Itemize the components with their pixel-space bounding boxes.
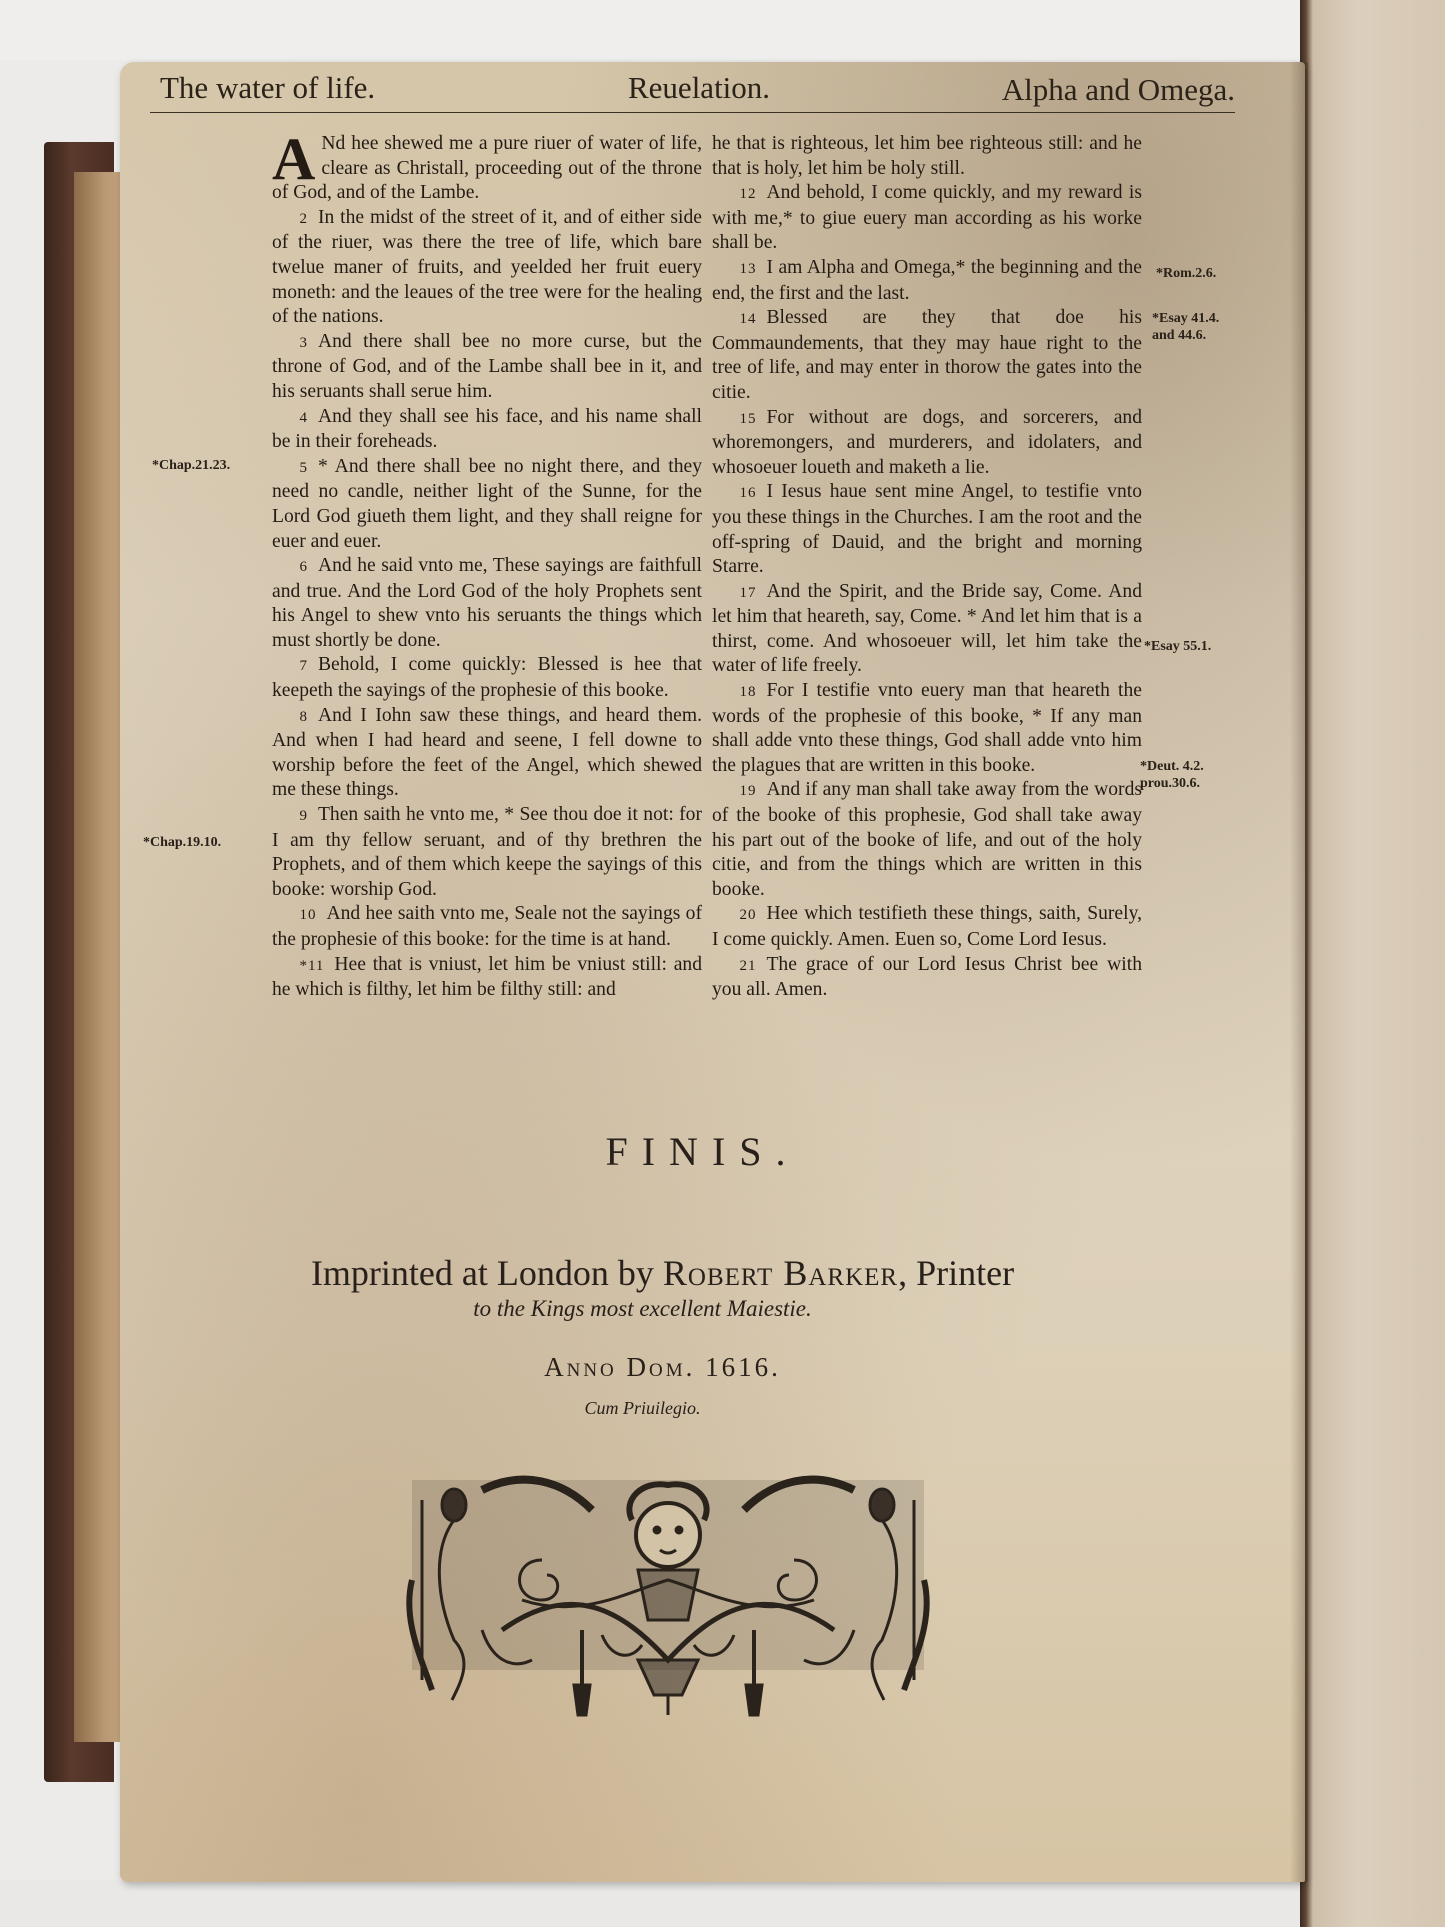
verse-number: 3 — [299, 335, 308, 351]
verse-number: 20 — [739, 907, 756, 923]
running-head-book-title: Reuelation. — [628, 70, 770, 106]
page-gutter-shadow — [1290, 62, 1308, 1882]
margin-note-chap-21-23: *Chap.21.23. — [152, 457, 230, 474]
verse-number: 4 — [299, 410, 308, 426]
verse-number: 13 — [739, 261, 756, 277]
verse-number: *11 — [299, 958, 324, 974]
finis-heading: FINIS. — [0, 1128, 1425, 1175]
verse-17: 17And the Spirit, and the Bride say, Com… — [712, 580, 1142, 679]
verse-5: 5* And there shall bee no night there, a… — [272, 455, 702, 554]
printer-name: Robert Barker — [663, 1253, 898, 1293]
running-head-right: Alpha and Omega. — [1002, 72, 1235, 108]
opposite-page-edge — [1300, 0, 1445, 1927]
verse-8: 8And I Iohn saw these things, and heard … — [272, 704, 702, 803]
verse-1: ANd hee shewed me a pure riuer of water … — [272, 132, 702, 206]
background-bottom — [0, 1880, 1445, 1927]
verse-10: 10And hee saith vnto me, Seale not the s… — [272, 902, 702, 952]
woodcut-ornament-icon — [392, 1460, 944, 1730]
verse-14: 14Blessed are they that doe his Commaund… — [712, 306, 1142, 405]
verse-number: 2 — [299, 211, 308, 227]
imprint-privilege: Cum Priuilegio. — [0, 1398, 1365, 1419]
drop-cap: A — [272, 134, 315, 184]
verse-number: 17 — [739, 585, 756, 601]
margin-note-deut-4-2: *Deut. 4.2. prou.30.6. — [1140, 758, 1220, 792]
verse-11-continued: he that is righteous, let him bee righte… — [712, 132, 1142, 181]
verse-13: 13I am Alpha and Omega,* the beginning a… — [712, 256, 1142, 306]
verse-number: 6 — [299, 559, 308, 575]
margin-note-esay-55-1: *Esay 55.1. — [1144, 638, 1211, 655]
imprint-dedication: to the Kings most excellent Maiestie. — [0, 1296, 1365, 1322]
imprint-line: Imprinted at London by Robert Barker, Pr… — [0, 1252, 1385, 1294]
text-column-left: ANd hee shewed me a pure riuer of water … — [272, 132, 702, 1003]
verse-21: 21The grace of our Lord Iesus Christ bee… — [712, 953, 1142, 1003]
verse-15: 15For without are dogs, and sorcerers, a… — [712, 406, 1142, 481]
verse-number: 18 — [739, 684, 756, 700]
verse-3: 3And there shall bee no more curse, but … — [272, 330, 702, 405]
verse-18: 18For I testifie vnto euery man that hea… — [712, 679, 1142, 778]
margin-note-chap-19-10: *Chap.19.10. — [143, 834, 221, 851]
verse-9: 9Then saith he vnto me, * See thou doe i… — [272, 803, 702, 902]
verse-number: 9 — [299, 808, 308, 824]
text-column-right: he that is righteous, let him bee righte… — [712, 132, 1142, 1003]
verse-number: 16 — [739, 485, 756, 501]
verse-number: 7 — [299, 658, 308, 674]
imprint-date: Anno Dom. 1616. — [0, 1352, 1385, 1383]
verse-19: 19And if any man shall take away from th… — [712, 778, 1142, 902]
verse-number: 5 — [299, 460, 308, 476]
verse-4: 4And they shall see his face, and his na… — [272, 405, 702, 455]
running-head: The water of life. Reuelation. Alpha and… — [150, 66, 1235, 113]
verse-12: 12And behold, I come quickly, and my rew… — [712, 181, 1142, 256]
verse-2: 2In the midst of the street of it, and o… — [272, 206, 702, 330]
verse-7: 7Behold, I come quickly: Blessed is hee … — [272, 653, 702, 703]
verse-6: 6And he said vnto me, These sayings are … — [272, 554, 702, 653]
verse-number: 19 — [739, 783, 756, 799]
verse-number: 14 — [739, 311, 756, 327]
margin-note-esay-41-4: *Esay 41.4. and 44.6. — [1152, 310, 1232, 344]
verse-number: 21 — [739, 958, 756, 974]
verse-11: *11Hee that is vniust, let him be vniust… — [272, 953, 702, 1003]
verse-20: 20Hee which testifieth these things, sai… — [712, 902, 1142, 952]
verse-number: 15 — [739, 411, 756, 427]
verse-16: 16I Iesus haue sent mine Angel, to testi… — [712, 480, 1142, 579]
verse-number: 10 — [299, 907, 316, 923]
running-head-left: The water of life. — [160, 70, 375, 106]
verse-number: 8 — [299, 709, 308, 725]
verse-number: 12 — [739, 186, 756, 202]
background-top — [0, 0, 1445, 60]
margin-note-rom-2-6: *Rom.2.6. — [1156, 265, 1216, 282]
